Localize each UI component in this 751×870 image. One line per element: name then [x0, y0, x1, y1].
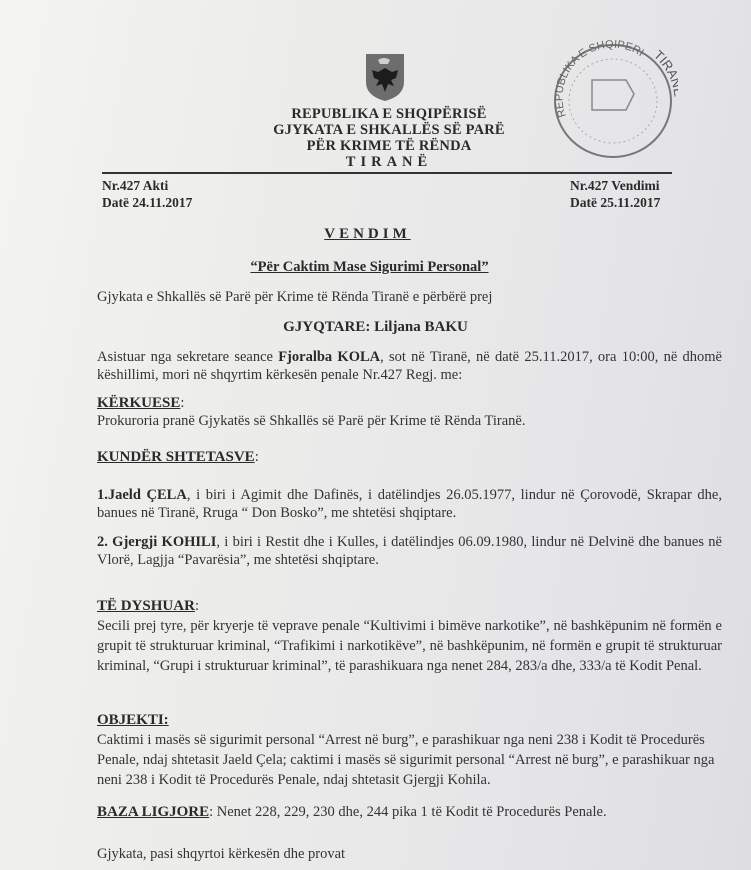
- section-kerkuese: KËRKUESE: Prokuroria pranë Gjykatës së S…: [97, 394, 722, 430]
- reference-left: Nr.427 Akti Datë 24.11.2017: [102, 177, 192, 211]
- person-1: 1.Jaeld ÇELA, i biri i Agimit dhe Dafinë…: [97, 486, 722, 522]
- secretary-name: Fjoralba KOLA: [278, 349, 380, 365]
- section-kunder: KUNDËR SHTETASVE:: [97, 448, 722, 466]
- closing-text: Gjykata, pasi shqyrtoi kërkesën dhe prov…: [97, 845, 722, 863]
- section-heading-kerkuese: KËRKUESE: [97, 395, 180, 411]
- act-number: Nr.427 Akti: [102, 177, 192, 194]
- section-baza: BAZA LIGJORE: Nenet 228, 229, 230 dhe, 2…: [97, 803, 722, 821]
- albanian-coat-of-arms-icon: [364, 52, 406, 102]
- svg-text:REPUBLIKA E SHQIPERISE: REPUBLIKA E SHQIPERISE: [548, 36, 646, 119]
- decision-number: Nr.427 Vendimi: [570, 177, 660, 194]
- header-line-republic: REPUBLIKA E SHQIPËRISË: [250, 106, 528, 122]
- section-dyshuar: TË DYSHUAR: Secili prej tyre, për kryerj…: [97, 596, 722, 676]
- person-1-name: 1.Jaeld ÇELA: [97, 487, 187, 503]
- kerkuese-text: Prokuroria pranë Gjykatës së Shkallës së…: [97, 413, 525, 429]
- section-heading-kunder: KUNDËR SHTETASVE: [97, 449, 255, 465]
- intro-text: Gjykata e Shkallës së Parë për Krime të …: [97, 288, 722, 306]
- header-line-court: GJYKATA E SHKALLËS SË PARË: [250, 122, 528, 138]
- document-subtitle: “Për Caktim Mase Sigurimi Personal”: [0, 259, 745, 276]
- header-line-crimes: PËR KRIME TË RËNDA: [250, 138, 528, 154]
- assisted-paragraph: Asistuar nga sekretare seance Fjoralba K…: [97, 348, 722, 384]
- act-date: Datë 24.11.2017: [102, 194, 192, 211]
- header-divider: [102, 172, 672, 174]
- person-2-name: 2. Gjergji KOHILI: [97, 534, 216, 550]
- dyshuar-text: Secili prej tyre, për kryerje të veprave…: [97, 618, 722, 674]
- person-2: 2. Gjergji KOHILI, i biri i Restit dhe i…: [97, 533, 722, 569]
- header-line-city: TIRANË: [250, 154, 528, 170]
- reference-right: Nr.427 Vendimi Datë 25.11.2017: [570, 177, 660, 211]
- court-decision-document: REPUBLIKA E SHQIPËRISË GJYKATA E SHKALLË…: [0, 0, 751, 870]
- section-objekti: OBJEKTI: Caktimi i masës së sigurimit pe…: [97, 710, 722, 790]
- court-header: REPUBLIKA E SHQIPËRISË GJYKATA E SHKALLË…: [250, 106, 528, 170]
- section-heading-objekti: OBJEKTI:: [97, 712, 169, 728]
- section-heading-baza: BAZA LIGJORE: [97, 804, 209, 820]
- section-heading-dyshuar: TË DYSHUAR: [97, 598, 195, 614]
- document-title: VENDIM: [0, 226, 743, 243]
- baza-text: : Nenet 228, 229, 230 dhe, 244 pika 1 të…: [209, 804, 606, 820]
- decision-date: Datë 25.11.2017: [570, 194, 660, 211]
- judge-line: GJYQTARE: Liljana BAKU: [0, 319, 751, 336]
- objekti-text: Caktimi i masës së sigurimit personal “A…: [97, 732, 714, 788]
- court-seal-stamp-icon: REPUBLIKA E SHQIPERISE TIRANË: [548, 36, 678, 166]
- svg-text:TIRANË: TIRANË: [651, 47, 678, 98]
